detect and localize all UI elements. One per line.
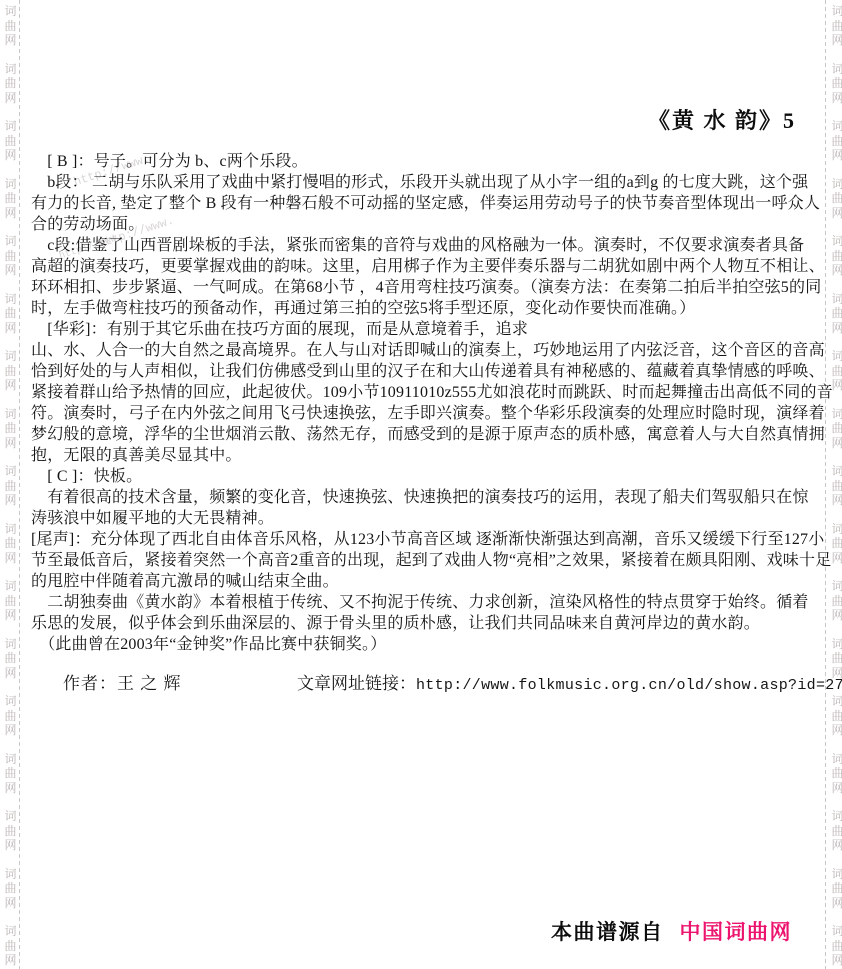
left-border-watermark-text: 词曲网 (2, 4, 19, 48)
text-line: 二胡独奏曲《黄水韵》本着根植于传统、又不拘泥于传统、力求创新，渲染风格性的特点贯… (31, 592, 813, 613)
text-line: b段： 二胡与乐队采用了戏曲中紧打慢唱的形式，乐段开头就出现了从小字一组的a到g… (31, 172, 813, 193)
text-line: 的甩腔中伴随着高亢激昂的喊山结束全曲。 (31, 571, 813, 592)
right-border-watermark-text: 词曲网 (829, 809, 842, 853)
left-border-watermark-text: 词曲网 (2, 177, 19, 221)
link-label: 文章网址链接： (297, 674, 416, 693)
right-border-watermark-text: 词曲网 (829, 292, 842, 336)
left-border-watermark-text: 词曲网 (2, 867, 19, 911)
text-line: [华彩]：有别于其它乐曲在技巧方面的展现，而是从意境着手，追求 (31, 319, 813, 340)
text-line: 高超的演奏技巧，更要掌握戏曲的韵味。这里，启用梆子作为主要伴奏乐器与二胡犹如剧中… (31, 256, 813, 277)
left-border-watermark-text: 词曲网 (2, 752, 19, 796)
text-line: 节至最低音后，紧接着突然一个高音2重音的出现，起到了戏曲人物“亮相”之效果，紧接… (31, 550, 813, 571)
left-border-watermark-text: 词曲网 (2, 924, 19, 968)
right-border-watermark-text: 词曲网 (829, 464, 842, 508)
author-row: 作者：王 之 辉 文章网址链接：http://www.folkmusic.org… (0, 669, 842, 691)
text-line: 有力的长音, 垫定了整个 B 段有一种磐石般不可动摇的坚定感，伴奏运用劳动号子的… (31, 193, 813, 214)
text-line: 梦幻般的意境，浮华的尘世烟消云散、荡然无存，而感受到的是源于原声态的质朴感，寓意… (31, 424, 813, 445)
text-line: 涛骇浪中如履平地的大无畏精神。 (31, 508, 813, 529)
text-line: 恰到好处的与人声相似，让我们仿佛感受到山里的汉子在和大山传递着具有神秘感的、蕴藏… (31, 361, 813, 382)
footer: 本曲谱源自 中国词曲网 (551, 916, 792, 946)
left-border-watermark-text: 词曲网 (2, 809, 19, 853)
text-line: 符。演奏时，弓子在内外弦之间用飞弓快速换弦，左手即兴演奏。整个华彩乐段演奏的处理… (31, 403, 813, 424)
left-border-watermark-text: 词曲网 (2, 62, 19, 106)
right-border-watermark-text: 词曲网 (829, 694, 842, 738)
text-line: [ C ]：快板。 (31, 466, 813, 487)
left-border-watermark-text: 词曲网 (2, 407, 19, 451)
right-border-dashed-line (825, 0, 826, 969)
article-link-block: 文章网址链接：http://www.folkmusic.org.cn/old/s… (297, 669, 842, 694)
text-line: 紧接着群山给予热情的回应，此起彼伏。109小节10911010z555尤如浪花时… (31, 382, 813, 403)
text-line: 环环相扣、步步紧逼、一气呵成。在第68小节 ，4音用弯柱技巧演奏。（演奏方法：在… (31, 277, 813, 298)
footer-source-label: 本曲谱源自 (551, 916, 664, 946)
left-border-watermark-text: 词曲网 (2, 522, 19, 566)
right-border-watermark-text: 词曲网 (829, 4, 842, 48)
footer-site-name: 中国词曲网 (680, 916, 793, 946)
right-border-watermark-text: 词曲网 (829, 867, 842, 911)
right-border-watermark-text: 词曲网 (829, 119, 842, 163)
left-border-watermark-text: 词曲网 (2, 234, 19, 278)
left-border-watermark-text: 词曲网 (2, 464, 19, 508)
text-line: 乐思的发展，似乎体会到乐曲深层的、源于骨头里的质朴感，让我们共同品味来自黄河岸边… (31, 613, 813, 634)
text-line: 山、水、人合一的大自然之最高境界。在人与山对话即喊山的演奏上，巧妙地运用了内弦泛… (31, 340, 813, 361)
text-line: [ B ]：号子。可分为 b、c两个乐段。 (31, 151, 813, 172)
right-border-watermark-text: 词曲网 (829, 924, 842, 968)
text-line: 有着很高的技术含量，频繁的变化音，快速换弦、快速换把的演奏技巧的运用，表现了船夫… (31, 487, 813, 508)
text-line: 时，左手做弯柱技巧的预备动作，再通过第三拍的空弦5将手型还原，变化动作要快而准确… (31, 298, 813, 319)
text-line: （此曲曾在2003年“金钟奖”作品比赛中获铜奖。） (31, 634, 813, 655)
left-border-watermark-text: 词曲网 (2, 119, 19, 163)
text-line: 抱，无限的真善美尽显其中。 (31, 445, 813, 466)
left-border-watermark-text: 词曲网 (2, 349, 19, 393)
left-border-dashed-line (19, 0, 20, 969)
right-border-watermark-text: 词曲网 (829, 407, 842, 451)
page-title: 《黄 水 韵》5 (610, 104, 796, 135)
author-label: 作者：王 之 辉 (63, 669, 182, 694)
right-border-watermark-text: 词曲网 (829, 177, 842, 221)
left-border-watermark-text: 词曲网 (2, 694, 19, 738)
right-border-watermark-text: 词曲网 (829, 234, 842, 278)
right-border-watermark-text: 词曲网 (829, 752, 842, 796)
left-border-watermark-text: 词曲网 (2, 292, 19, 336)
link-url: http://www.folkmusic.org.cn/old/show.asp… (416, 677, 842, 694)
left-border-watermark-text: 词曲网 (2, 579, 19, 623)
text-line: c段:借鉴了山西晋剧垛板的手法，紧张而密集的音符与戏曲的风格融为一体。演奏时，不… (31, 235, 813, 256)
right-border-watermark-text: 词曲网 (829, 579, 842, 623)
right-border-watermark-text: 词曲网 (829, 62, 842, 106)
article-body: [ B ]：号子。可分为 b、c两个乐段。 b段： 二胡与乐队采用了戏曲中紧打慢… (31, 151, 813, 655)
text-line: [尾声]：充分体现了西北自由体音乐风格，从123小节高音区域 逐渐渐快渐强达到高… (31, 529, 813, 550)
text-line: 合的劳动场面。 (31, 214, 813, 235)
